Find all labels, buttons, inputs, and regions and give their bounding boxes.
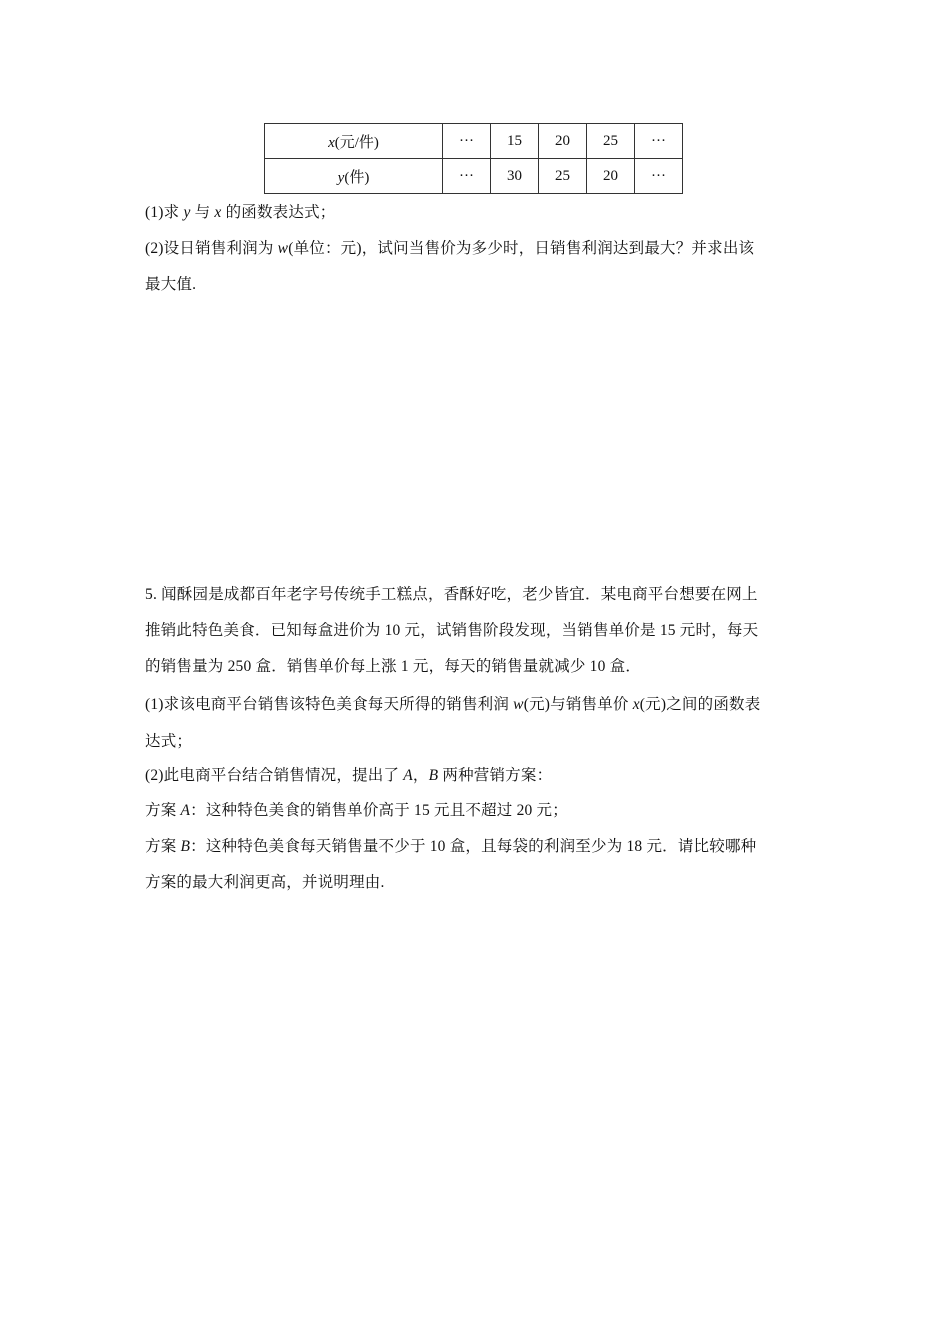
table-cell: 25 [587, 124, 635, 159]
table-cell: 20 [587, 159, 635, 194]
table-cell: ··· [443, 124, 491, 159]
q5-part1-cont: 达式； [145, 729, 192, 751]
q5-part2: (2)此电商平台结合销售情况，提出了 A，B 两种营销方案： [145, 763, 552, 785]
table-header-x: x(元/件) [265, 124, 443, 159]
q4-part1: (1)求 y 与 x 的函数表达式； [145, 200, 335, 222]
q4-part2-cont: 最大值. [145, 272, 196, 294]
q5-part1: (1)求该电商平台销售该特色美食每天所得的销售利润 w(元)与销售单价 x(元)… [145, 692, 760, 714]
table-cell: ··· [635, 159, 683, 194]
table-header-y: y(件) [265, 159, 443, 194]
q5-plan-b-cont: 方案的最大利润更高，并说明理由. [145, 870, 385, 892]
q5-stem-line2: 推销此特色美食．已知每盒进价为 10 元，试销售阶段发现，当销售单价是 15 元… [145, 618, 758, 640]
table-cell: 25 [539, 159, 587, 194]
q5-stem-line3: 的销售量为 250 盒．销售单价每上涨 1 元，每天的销售量就减少 10 盒． [145, 654, 641, 676]
q5-plan-b: 方案 B：这种特色美食每天销售量不少于 10 盒，且每袋的利润至少为 18 元．… [145, 834, 756, 856]
q4-part2: (2)设日销售利润为 w(单位：元)，试问当售价为多少时，日销售利润达到最大？并… [145, 236, 754, 258]
table-cell: 30 [491, 159, 539, 194]
table-cell: 15 [491, 124, 539, 159]
price-quantity-table: x(元/件) ··· 15 20 25 ··· y(件) ··· 30 25 2… [264, 123, 683, 194]
table-cell: ··· [635, 124, 683, 159]
table-cell: ··· [443, 159, 491, 194]
table-cell: 20 [539, 124, 587, 159]
q5-stem-line1: 5. 闻酥园是成都百年老字号传统手工糕点，香酥好吃，老少皆宜．某电商平台想要在网… [145, 582, 758, 604]
table-row: x(元/件) ··· 15 20 25 ··· [265, 124, 683, 159]
q5-plan-a: 方案 A：这种特色美食的销售单价高于 15 元且不超过 20 元； [145, 798, 568, 820]
table-row: y(件) ··· 30 25 20 ··· [265, 159, 683, 194]
